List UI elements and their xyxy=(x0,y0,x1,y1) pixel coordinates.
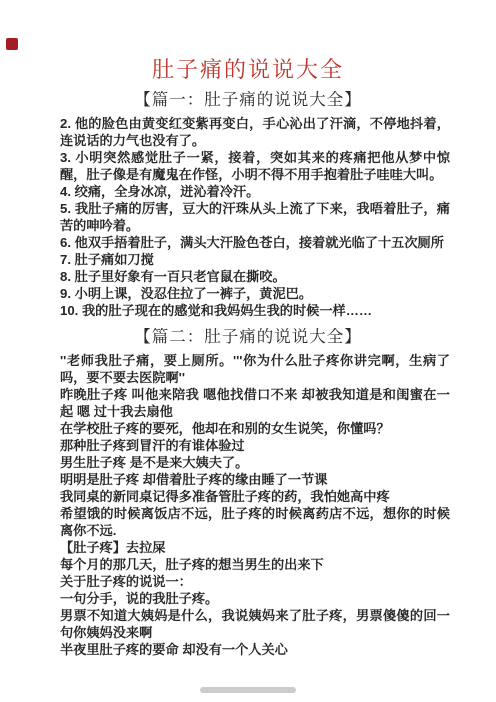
paragraph-line: 6. 他双手捂着肚子，满头大汗脸色苍白，接着就光临了十五次厕所 xyxy=(60,234,450,251)
paragraph-line: 那种肚子疼到冒汗的有谁体验过 xyxy=(60,437,450,454)
paragraph-line: 8. 肚子里好象有一百只老官鼠在撕咬。 xyxy=(60,268,450,285)
section-paragraphs: ''老师我肚子痛，要上厕所。'''你为什么肚子疼你讲完啊，生病了吗，要不要去医院… xyxy=(60,352,450,658)
paragraph-line: 7. 肚子痛如刀搅 xyxy=(60,251,450,268)
paragraph-line: 一句分手，说的我肚子疼。 xyxy=(60,590,450,607)
paragraph-line: 男票不知道大姨妈是什么，我说姨妈来了肚子疼，男票傻傻的回一句你姨妈没来啊 xyxy=(60,607,450,641)
document-page: 肚子痛的说说大全 【篇一：肚子痛的说说大全】2. 他的脸色由黄变红变紫再变白，手… xyxy=(0,0,496,702)
paragraph-line: 希望饿的时候离饭店不远，肚子疼的时候离药店不远，想你的时候离你不远. xyxy=(60,505,450,539)
section-paragraphs: 2. 他的脸色由黄变红变紫再变白，手心沁出了汗滴，不停地抖着，连说话的力气也没有… xyxy=(60,115,450,319)
paragraph-line: 半夜里肚子疼的要命 却没有一个人关心 xyxy=(60,641,450,658)
section-heading: 【篇二：肚子痛的说说大全】 xyxy=(0,323,496,347)
paragraph-line: 9. 小明上课，没忍住拉了一裤子，黄泥巴。 xyxy=(60,285,450,302)
document-title: 肚子痛的说说大全 xyxy=(0,53,496,84)
paragraph-line: 明明是肚子疼 却借着肚子疼的缘由睡了一节课 xyxy=(60,471,450,488)
paragraph-line: 10. 我的肚子现在的感觉和我妈妈生我的时候一样…… xyxy=(60,302,450,319)
section-heading: 【篇一：肚子痛的说说大全】 xyxy=(0,86,496,110)
paragraph-line: 2. 他的脸色由黄变红变紫再变白，手心沁出了汗滴，不停地抖着，连说话的力气也没有… xyxy=(60,115,450,149)
paragraph-line: 昨晚肚子疼 叫他来陪我 嗯他找借口不来 却被我知道是和闺蜜在一起 嗯 过十我去扇… xyxy=(60,386,450,420)
paragraph-line: 【肚子疼】去拉屎 xyxy=(60,539,450,556)
paragraph-line: 5. 我肚子痛的厉害，豆大的汗珠从头上流了下来，我唔着肚子，痛苦的呻吟着。 xyxy=(60,200,450,234)
red-corner-marker-icon xyxy=(6,38,18,50)
paragraph-line: 男生肚子疼 是不是来大姨夫了。 xyxy=(60,454,450,471)
document-body: 【篇一：肚子痛的说说大全】2. 他的脸色由黄变红变紫再变白，手心沁出了汗滴，不停… xyxy=(0,86,496,658)
paragraph-line: 4. 绞痛，全身冰凉，迸沁着冷汗。 xyxy=(60,183,450,200)
paragraph-line: ''老师我肚子痛，要上厕所。'''你为什么肚子疼你讲完啊，生病了吗，要不要去医院… xyxy=(60,352,450,386)
paragraph-line: 在学校肚子疼的要死，他却在和别的女生说笑，你懂吗？ xyxy=(60,420,450,437)
paragraph-line: 关于肚子疼的说说一： xyxy=(60,573,450,590)
paragraph-line: 每个月的那几天，肚子疼的想当男生的出来下 xyxy=(60,556,450,573)
paragraph-line: 我同桌的新同桌记得多准备管肚子疼的药，我怕她高中疼 xyxy=(60,488,450,505)
paragraph-line: 3. 小明突然感觉肚子一紧，接着，突如其来的疼痛把他从梦中惊醒，肚子像是有魔鬼在… xyxy=(60,149,450,183)
scroll-indicator[interactable] xyxy=(200,687,296,693)
